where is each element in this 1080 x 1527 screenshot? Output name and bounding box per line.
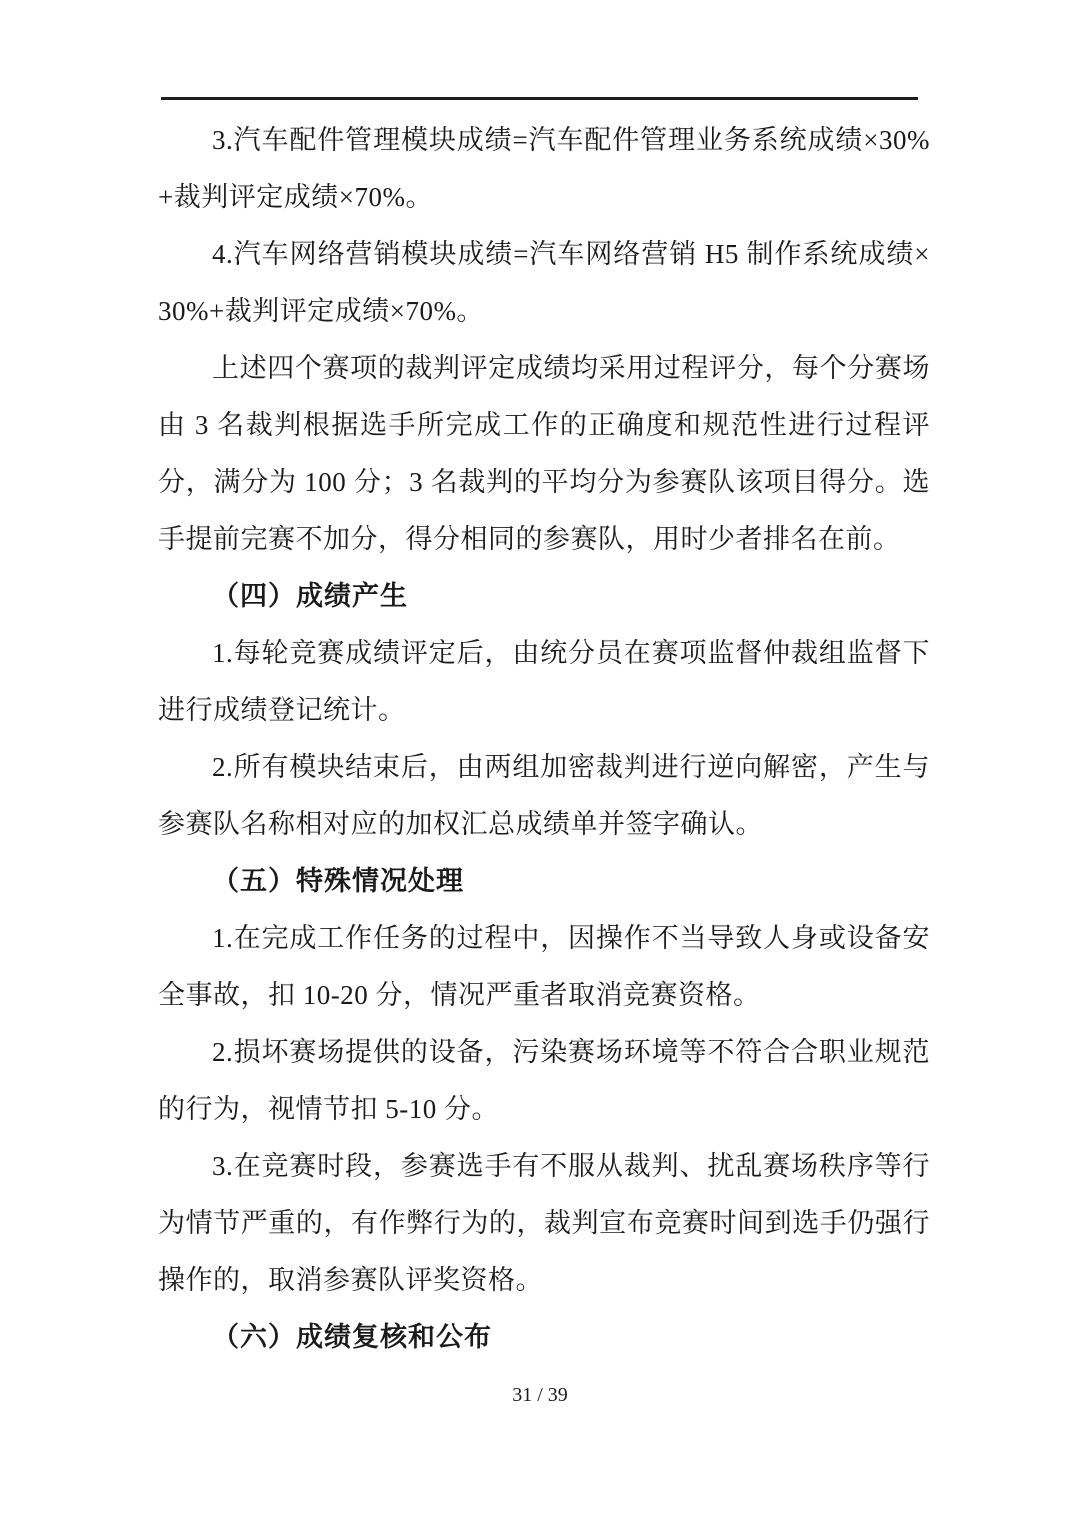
section-heading: （六）成绩复核和公布 xyxy=(158,1309,930,1366)
paragraph: 1.在完成工作任务的过程中，因操作不当导致人身或设备安全事故，扣 10-20 分… xyxy=(158,910,930,1024)
document-body: 3.汽车配件管理模块成绩=汽车配件管理业务系统成绩×30%+裁判评定成绩×70%… xyxy=(158,112,930,1366)
page-number: 31 / 39 xyxy=(0,1381,1080,1409)
section-heading: （四）成绩产生 xyxy=(158,568,930,625)
paragraph: 3.在竞赛时段，参赛选手有不服从裁判、扰乱赛场秩序等行为情节严重的，有作弊行为的… xyxy=(158,1138,930,1309)
paragraph: 1.每轮竞赛成绩评定后，由统分员在赛项监督仲裁组监督下进行成绩登记统计。 xyxy=(158,625,930,739)
document-page: 3.汽车配件管理模块成绩=汽车配件管理业务系统成绩×30%+裁判评定成绩×70%… xyxy=(0,0,1080,1527)
paragraph: 2.所有模块结束后，由两组加密裁判进行逆向解密，产生与参赛队名称相对应的加权汇总… xyxy=(158,739,930,853)
section-heading: （五）特殊情况处理 xyxy=(158,853,930,910)
paragraph: 上述四个赛项的裁判评定成绩均采用过程评分，每个分赛场由 3 名裁判根据选手所完成… xyxy=(158,340,930,568)
paragraph: 2.损坏赛场提供的设备，污染赛场环境等不符合合职业规范的行为，视情节扣 5-10… xyxy=(158,1024,930,1138)
paragraph: 3.汽车配件管理模块成绩=汽车配件管理业务系统成绩×30%+裁判评定成绩×70%… xyxy=(158,112,930,226)
paragraph: 4.汽车网络营销模块成绩=汽车网络营销 H5 制作系统成绩×30%+裁判评定成绩… xyxy=(158,226,930,340)
header-divider-rule xyxy=(161,97,918,100)
